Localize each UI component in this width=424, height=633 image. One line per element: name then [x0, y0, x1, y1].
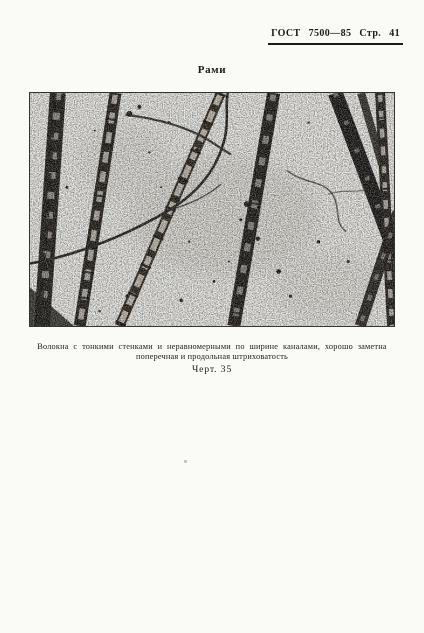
- page-header: ГОСТ 7500—85 Стр. 41: [268, 28, 403, 45]
- document-page: ГОСТ 7500—85 Стр. 41 Рами: [0, 0, 424, 633]
- page-number: 41: [389, 28, 400, 39]
- caption-line-1: Волокна с тонкими стенками и неравномерн…: [10, 342, 414, 352]
- gost-number: 7500—85: [309, 28, 352, 39]
- grain-overlay: [30, 93, 394, 326]
- figure-caption: Волокна с тонкими стенками и неравномерн…: [10, 342, 414, 375]
- caption-line-2: поперечная и продольная штриховатость: [10, 352, 414, 362]
- scan-artifact-speck: [184, 460, 187, 463]
- page-number-label: Стр.: [359, 28, 381, 39]
- fiber-micrograph-image: [30, 93, 394, 326]
- micrograph-frame: [29, 92, 395, 327]
- figure-number-label: Черт. 35: [10, 365, 414, 375]
- document-title: Рами: [0, 64, 424, 76]
- gost-standard-label: ГОСТ: [271, 28, 301, 39]
